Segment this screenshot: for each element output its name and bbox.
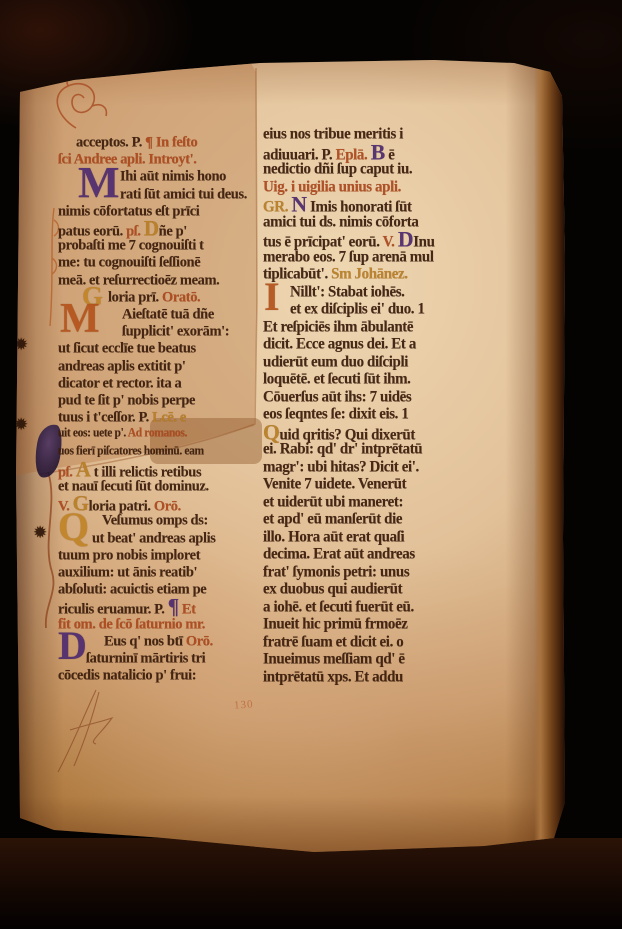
text-segment: Ad romanos. [128,426,187,440]
gilt-star-mark: ✹ [33,523,47,543]
text-line: Ihi aūt nimis hono [120,168,226,186]
text-segment: ſupplicit' exorām': [122,323,229,340]
text-segment: et apd' eū manſerūt die [263,511,402,528]
text-line: ei. Rabi: qd' dr' intprētatū [263,441,422,459]
text-segment: me: tu cognouiſti ſeſſionē [58,254,200,271]
text-segment: frat' ſymonis petri: unus [263,564,409,581]
text-line: ut beat' andreas aplis [92,530,215,548]
text-segment: ex duobus qui audierūt [263,581,402,598]
pen-trial-scribble [58,690,112,772]
text-line: probaſti me 7 cognouiſti t [58,237,204,255]
text-segment: ut ſicut ecclīe tue beatus [58,340,196,357]
text-segment: a iohē. et ſecuti fuerūt eū. [263,599,414,616]
text-segment: loquētē. et ſecuti ſūt ihm. [263,371,411,388]
text-line: a iohē. et ſecuti fuerūt eū. [263,599,414,617]
text-line: eos ſeqntes ſe: dixit eis. 1 [263,406,408,424]
text-line: Inueit hic primū frmoēz [263,616,408,634]
illuminated-initial: Q [58,510,89,544]
text-segment: nedictio dñi ſup caput iu. [263,161,412,178]
text-line: Cōuerſus aūt ihs: 7 uidēs [263,389,411,407]
text-segment: auxilium: ut ānis reatib' [58,564,197,581]
text-segment: fratrē ſuam et dicit ei. o [263,634,403,651]
text-line: amici tui ds. nimis cōforta [263,214,418,232]
text-segment: Aieſtatē tuā dñe [122,306,214,323]
text-line: tiplicabūt'. Sm Johānez. [263,266,408,284]
text-line: rati ſūt amici tui deus. [120,186,247,204]
text-line: tuum pro nobis imploret [58,547,200,565]
text-line: ſaturninī mārtiris tri [86,650,205,668]
text-line: ſupplicit' exorām': [122,323,229,341]
text-line: magr': ubi hitas? Dicit ei'. [263,459,419,477]
text-line: Aieſtatē tuā dñe [122,306,214,324]
text-segment: intprētatū xps. Et addu [263,669,403,686]
text-line: illo. Hora aūt erat quaſi [263,529,404,547]
text-line: me: tu cognouiſti ſeſſionē [58,254,200,272]
manuscript-photo: acceptos. P. ¶ In feſtoſci Andree apli. … [0,0,622,929]
text-line: fratrē ſuam et dicit ei. o [263,634,403,652]
text-line: Eus q' nos btī Orō. [104,633,213,651]
text-segment: decima. Erat aūt andreas [263,546,415,563]
illuminated-initial: M [60,302,100,338]
text-segment: Eus q' nos btī [104,633,186,650]
text-line: loria prī. Oratō. [108,289,200,307]
text-line: intprētatū xps. Et addu [263,669,403,687]
text-segment: Et reſpiciēs ihm ābulantē [263,319,413,336]
text-line: udierūt eum duo diſcipli [263,354,408,372]
text-line: auxilium: ut ānis reatib' [58,564,197,582]
text-segment: Lcē. e [152,409,186,426]
text-line: uit eos: uete p'. Ad romanos. [58,426,187,440]
text-segment: Oratō. [162,289,200,306]
text-line: decima. Erat aūt andreas [263,546,415,564]
text-segment: illo. Hora aūt erat quaſi [263,529,404,546]
text-line: et uiderūt ubi maneret: [263,494,403,512]
text-line: ut ſicut ecclīe tue beatus [58,340,196,358]
text-line: cōcedis natalicio p' frui: [58,667,196,685]
text-segment: Uig. i uigilia unius apli. [263,179,401,196]
flourish-tail [46,472,54,628]
book-fore-edge [534,60,566,848]
text-line: Nillt': Stabat iohēs. [290,284,405,302]
text-segment: Inueit hic primū frmoēz [263,616,408,633]
text-segment: tuus i t'ceſſor. P. [58,409,152,426]
text-segment: Orō. [186,633,213,650]
text-line: acceptos. P. ¶ In feſto [76,134,197,152]
text-segment: dicit. Ecce agnus dei. Et a [263,336,416,353]
text-segment: Venite 7 uidete. Venerūt [263,476,406,493]
text-segment: udierūt eum duo diſcipli [263,354,408,371]
text-line: loquētē. et ſecuti ſūt ihm. [263,371,411,389]
text-line: dicator et rector. ita a [58,375,181,393]
folio-number: 130 [234,698,254,711]
text-line: Inueimus meſſiam qd' ē [263,651,405,669]
text-line: ex duobus qui audierūt [263,581,402,599]
text-line: abſoluti: acuictis etiam pe [58,581,206,599]
text-line: Et reſpiciēs ihm ābulantē [263,319,413,337]
text-line: frat' ſymonis petri: unus [263,564,409,582]
text-line: et ex diſciplis ei' duo. 1 [290,301,425,319]
manuscript-page: acceptos. P. ¶ In feſtoſci Andree apli. … [14,58,566,852]
text-segment: rati ſūt amici tui deus. [120,186,247,203]
text-segment: Cōuerſus aūt ihs: 7 uidēs [263,389,411,406]
text-line: andreas aplis extitit p' [58,358,186,376]
text-line: dicit. Ecce agnus dei. Et a [263,336,416,354]
text-segment: dicator et rector. ita a [58,375,181,392]
text-segment: et uiderūt ubi maneret: [263,494,403,511]
text-segment: pud te ſit p' nobis perpe [58,392,195,409]
text-segment: ut beat' andreas aplis [92,530,215,547]
text-segment: merabo eos. 7 ſup arenā mul [263,249,434,266]
illuminated-initial: I [264,280,280,314]
text-segment: abſoluti: acuictis etiam pe [58,581,206,598]
text-line: Uig. i uigilia unius apli. [263,179,401,197]
text-segment: ¶ In feſto [145,134,197,151]
text-segment: eos ſeqntes ſe: dixit eis. 1 [263,406,408,423]
text-segment: andreas aplis extitit p' [58,358,186,375]
text-segment: uit eos: uete p'. [58,426,128,440]
text-segment: cōcedis natalicio p' frui: [58,667,196,684]
text-segment: Veſumus omps ds: [102,512,208,529]
text-segment: ſaturninī mārtiris tri [86,650,205,667]
text-segment: amici tui ds. nimis cōforta [263,214,418,231]
text-segment: magr': ubi hitas? Dicit ei'. [263,459,419,476]
text-line: Veſumus omps ds: [102,512,208,530]
text-segment: loria prī. [108,289,162,306]
text-segment: Inueimus meſſiam qd' ē [263,651,405,668]
text-segment: ei. Rabi: qd' dr' intprētatū [263,441,422,458]
text-segment: tuum pro nobis imploret [58,547,200,564]
text-line: merabo eos. 7 ſup arenā mul [263,249,434,267]
illuminated-initial: D [58,629,87,663]
text-line: et apd' eū manſerūt die [263,511,402,529]
text-segment: probaſti me 7 cognouiſti t [58,237,204,254]
text-line: tuus i t'ceſſor. P. Lcē. e [58,409,186,427]
text-segment: Nillt': Stabat iohēs. [290,284,405,301]
text-segment: et ex diſciplis ei' duo. 1 [290,301,425,318]
text-line: Venite 7 uidete. Venerūt [263,476,406,494]
text-segment: uos fierī piſcatores hominū. eam [58,444,204,458]
text-line: pud te ſit p' nobis perpe [58,392,195,410]
text-line: uos fierī piſcatores hominū. eam [58,444,204,458]
illuminated-initial: M [78,164,120,201]
text-line: nedictio dñi ſup caput iu. [263,161,412,179]
text-segment: Sm Johānez. [331,266,407,283]
text-segment: acceptos. P. [76,134,145,151]
text-segment: Ihi aūt nimis hono [120,168,226,185]
